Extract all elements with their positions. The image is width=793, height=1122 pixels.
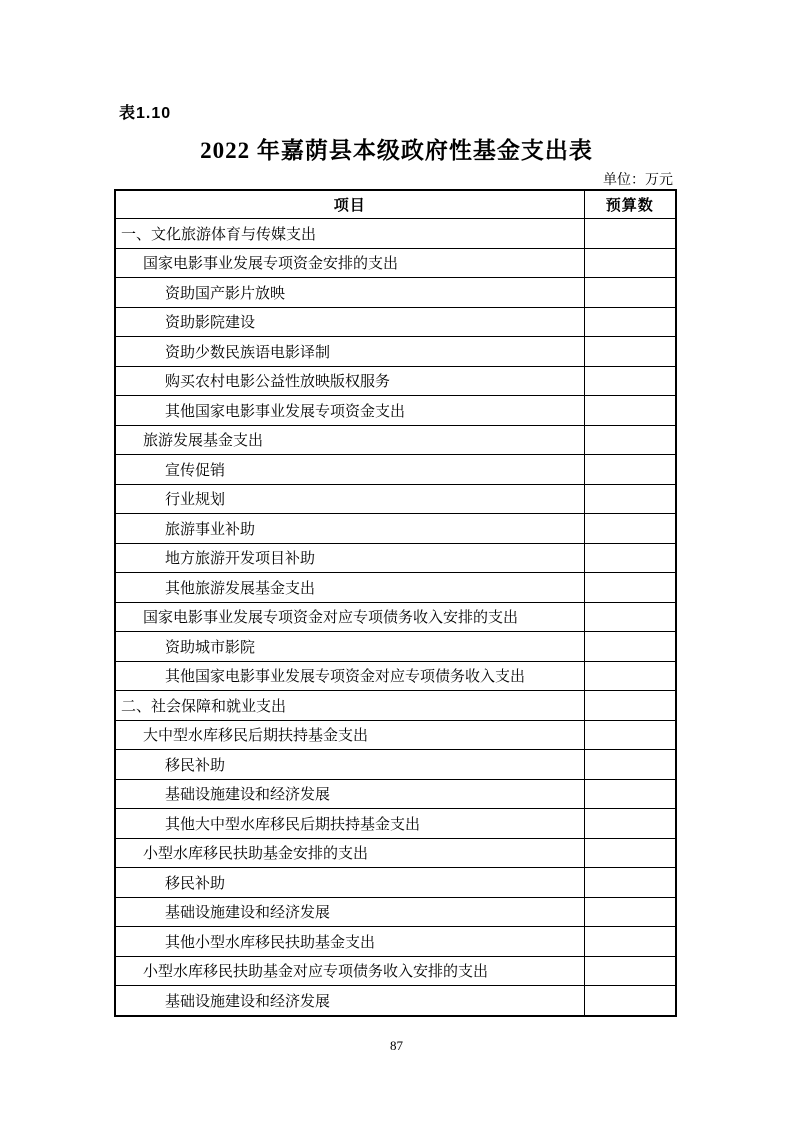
table-row: 地方旅游开发项目补助 [115,543,676,573]
table-row: 资助少数民族语电影译制 [115,337,676,367]
page-number: 87 [0,1038,793,1054]
item-cell: 基础设施建设和经济发展 [115,897,584,927]
table-row: 基础设施建设和经济发展 [115,897,676,927]
item-cell: 国家电影事业发展专项资金对应专项债务收入安排的支出 [115,602,584,632]
item-cell: 其他小型水库移民扶助基金支出 [115,927,584,957]
budget-table: 项目 预算数 一、文化旅游体育与传媒支出国家电影事业发展专项资金安排的支出资助国… [114,189,677,1017]
item-cell: 旅游发展基金支出 [115,425,584,455]
table-row: 宣传促销 [115,455,676,485]
budget-cell [584,602,676,632]
table-row: 行业规划 [115,484,676,514]
table-row: 国家电影事业发展专项资金安排的支出 [115,248,676,278]
item-cell: 其他国家电影事业发展专项资金对应专项债务收入支出 [115,661,584,691]
budget-cell [584,838,676,868]
table-row: 小型水库移民扶助基金安排的支出 [115,838,676,868]
budget-cell [584,809,676,839]
item-cell: 基础设施建设和经济发展 [115,986,584,1016]
item-cell: 地方旅游开发项目补助 [115,543,584,573]
budget-cell [584,396,676,426]
item-cell: 小型水库移民扶助基金对应专项债务收入安排的支出 [115,956,584,986]
table-row: 旅游事业补助 [115,514,676,544]
budget-cell [584,337,676,367]
item-cell: 二、社会保障和就业支出 [115,691,584,721]
header-row: 项目 预算数 [115,190,676,219]
document-page: 表1.10 2022 年嘉荫县本级政府性基金支出表 单位：万元 项目 预算数 一… [0,0,793,1122]
item-cell: 其他国家电影事业发展专项资金支出 [115,396,584,426]
item-cell: 资助国产影片放映 [115,278,584,308]
budget-cell [584,573,676,603]
item-cell: 行业规划 [115,484,584,514]
table-row: 大中型水库移民后期扶持基金支出 [115,720,676,750]
budget-cell [584,248,676,278]
column-header-budget: 预算数 [584,190,676,219]
table-row: 基础设施建设和经济发展 [115,986,676,1016]
table-row: 基础设施建设和经济发展 [115,779,676,809]
table-row: 其他旅游发展基金支出 [115,573,676,603]
budget-cell [584,986,676,1016]
table-row: 其他小型水库移民扶助基金支出 [115,927,676,957]
item-cell: 国家电影事业发展专项资金安排的支出 [115,248,584,278]
item-cell: 移民补助 [115,750,584,780]
item-cell: 小型水库移民扶助基金安排的支出 [115,838,584,868]
budget-cell [584,514,676,544]
budget-cell [584,219,676,249]
budget-cell [584,632,676,662]
page-title: 2022 年嘉荫县本级政府性基金支出表 [0,132,793,165]
budget-cell [584,455,676,485]
table-row: 一、文化旅游体育与传媒支出 [115,219,676,249]
item-cell: 资助城市影院 [115,632,584,662]
table-row: 其他国家电影事业发展专项资金支出 [115,396,676,426]
budget-cell [584,897,676,927]
item-cell: 宣传促销 [115,455,584,485]
table-row: 小型水库移民扶助基金对应专项债务收入安排的支出 [115,956,676,986]
table-row: 资助国产影片放映 [115,278,676,308]
table-row: 移民补助 [115,868,676,898]
item-cell: 资助影院建设 [115,307,584,337]
budget-cell [584,927,676,957]
item-cell: 基础设施建设和经济发展 [115,779,584,809]
item-cell: 旅游事业补助 [115,514,584,544]
budget-cell [584,956,676,986]
table-row: 移民补助 [115,750,676,780]
item-cell: 其他大中型水库移民后期扶持基金支出 [115,809,584,839]
budget-cell [584,868,676,898]
budget-cell [584,691,676,721]
table-row: 二、社会保障和就业支出 [115,691,676,721]
table-row: 国家电影事业发展专项资金对应专项债务收入安排的支出 [115,602,676,632]
budget-cell [584,779,676,809]
item-cell: 一、文化旅游体育与传媒支出 [115,219,584,249]
unit-label: 单位：万元 [603,169,673,189]
table-row: 资助城市影院 [115,632,676,662]
item-cell: 其他旅游发展基金支出 [115,573,584,603]
budget-cell [584,720,676,750]
item-cell: 资助少数民族语电影译制 [115,337,584,367]
budget-cell [584,543,676,573]
item-cell: 大中型水库移民后期扶持基金支出 [115,720,584,750]
table-row: 购买农村电影公益性放映版权服务 [115,366,676,396]
item-cell: 移民补助 [115,868,584,898]
budget-cell [584,278,676,308]
budget-cell [584,661,676,691]
table-row: 资助影院建设 [115,307,676,337]
table-label: 表1.10 [119,100,171,123]
table-row: 其他大中型水库移民后期扶持基金支出 [115,809,676,839]
table-row: 其他国家电影事业发展专项资金对应专项债务收入支出 [115,661,676,691]
budget-cell [584,366,676,396]
budget-cell [584,484,676,514]
budget-cell [584,425,676,455]
column-header-item: 项目 [115,190,584,219]
budget-cell [584,750,676,780]
table-row: 旅游发展基金支出 [115,425,676,455]
budget-cell [584,307,676,337]
item-cell: 购买农村电影公益性放映版权服务 [115,366,584,396]
